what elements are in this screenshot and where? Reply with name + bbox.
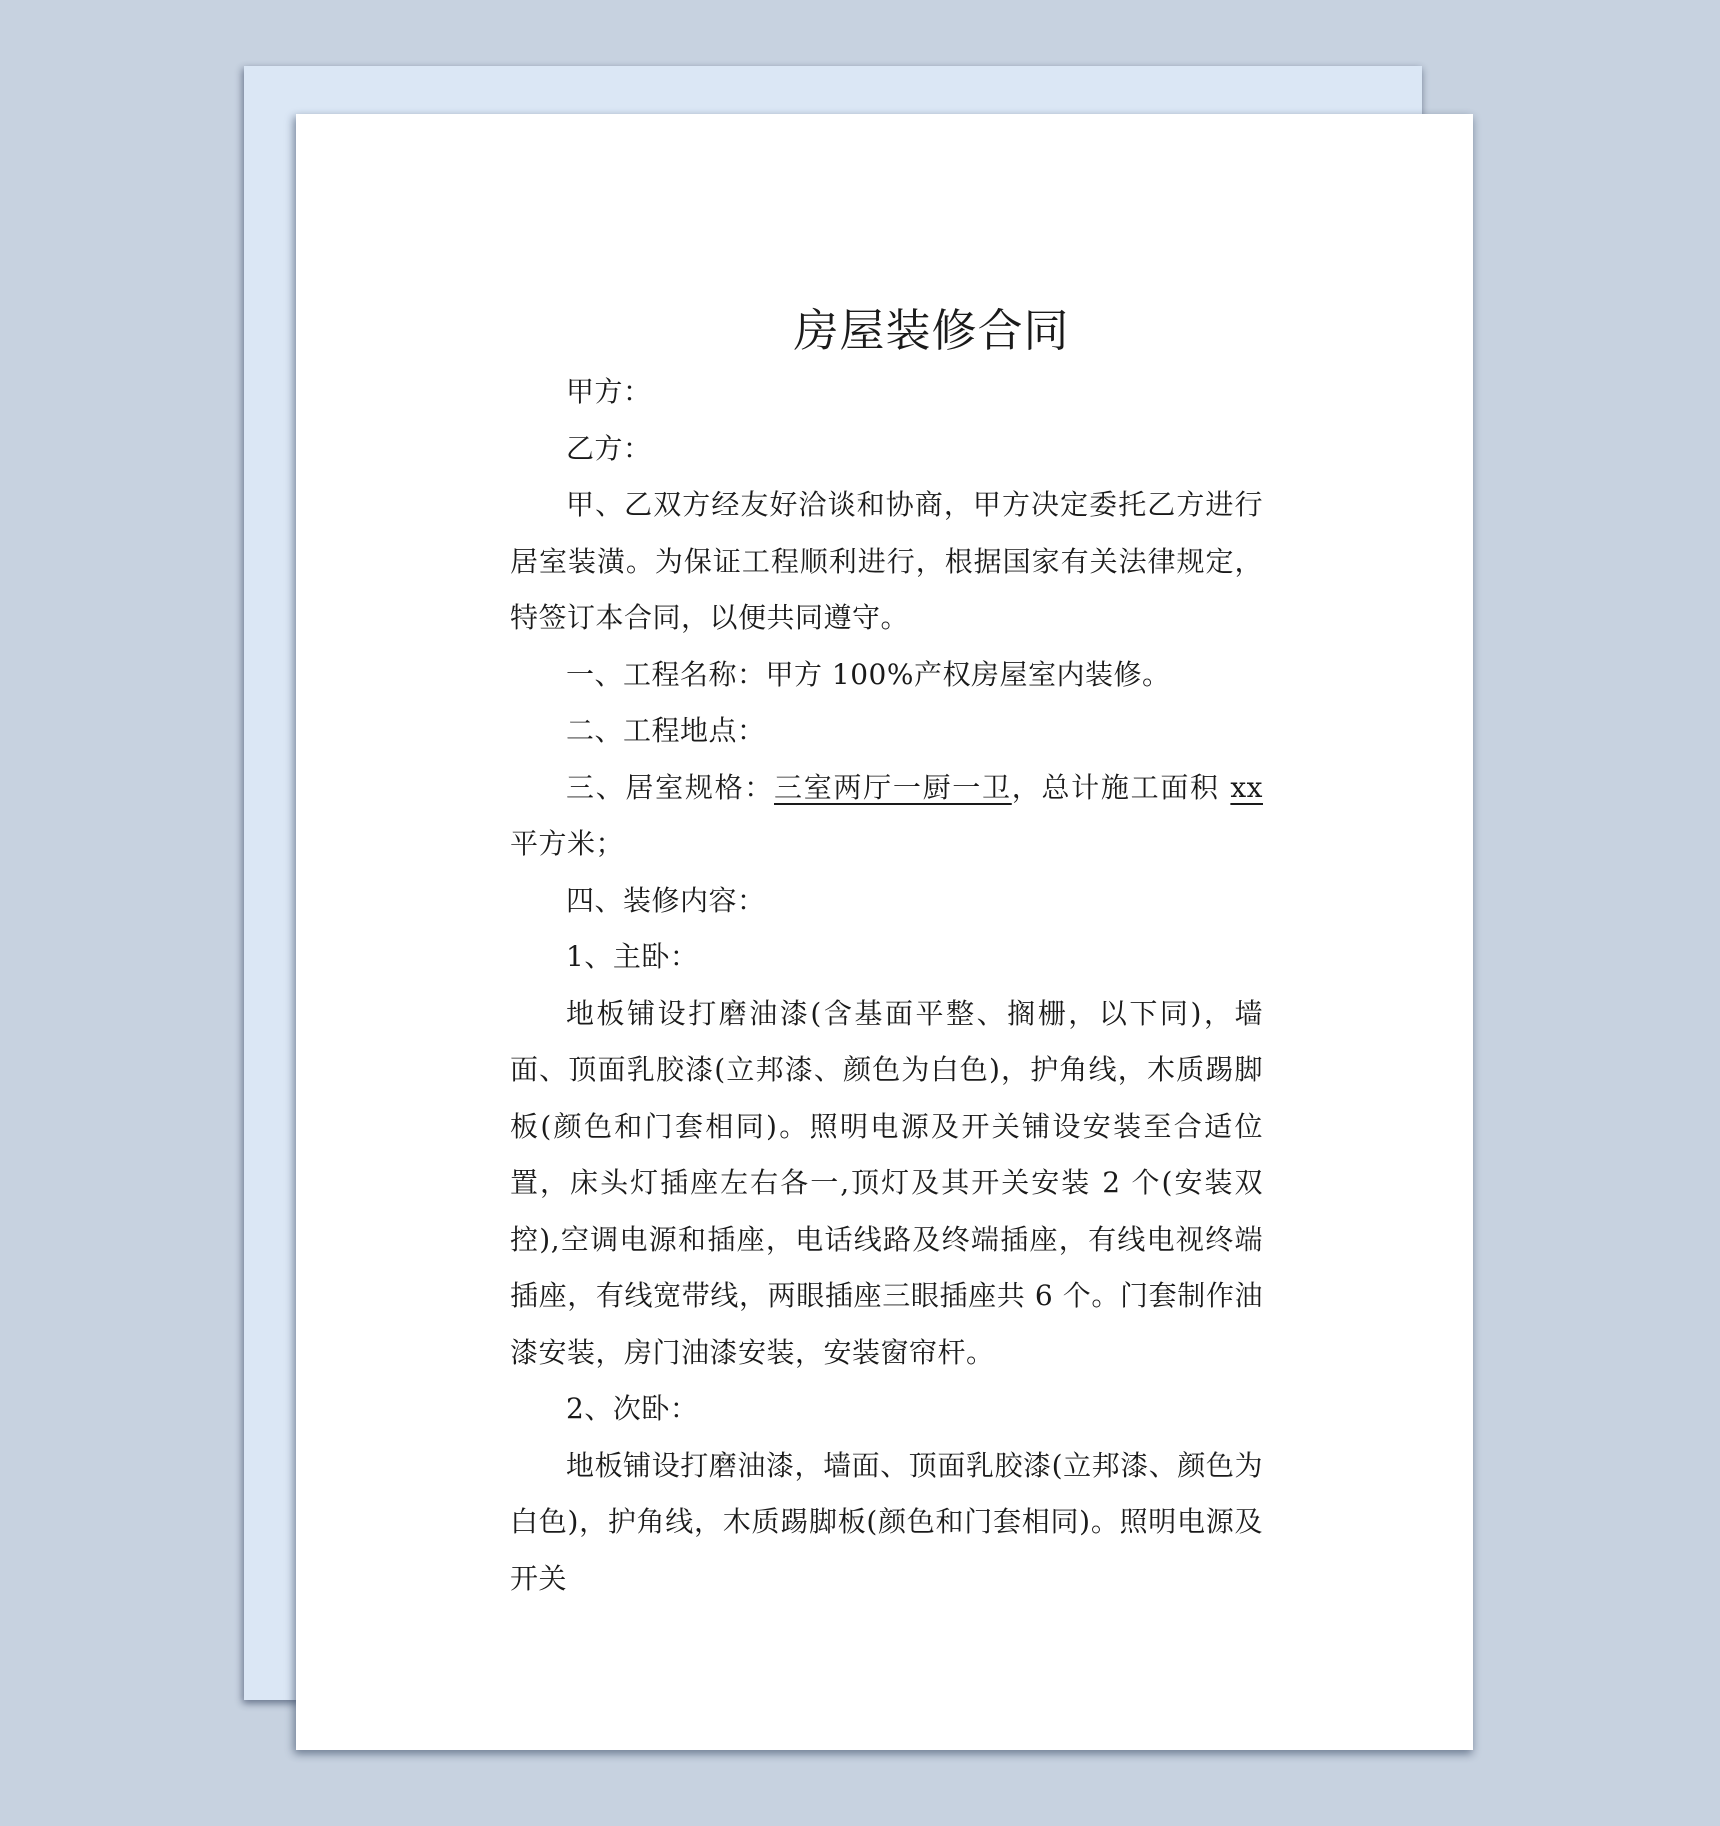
paragraph-text: 平方米； (510, 827, 624, 860)
paragraph: 乙方： (510, 421, 1263, 478)
paragraph-text: 甲方： (566, 375, 652, 408)
paragraph-text: 四、装修内容： (566, 884, 766, 917)
paragraph: 二、工程地点： (510, 703, 1263, 760)
paragraph: 四、装修内容： (510, 873, 1263, 930)
paragraph-text: 地板铺设打磨油漆(含基面平整、搁栅，以下同)，墙面、顶面乳胶漆(立邦漆、颜色为白… (510, 997, 1263, 1369)
paragraph-text: 乙方： (566, 432, 652, 465)
paragraph: 三、居室规格：三室两厅一厨一卫，总计施工面积 xx 平方米； (510, 760, 1263, 873)
paragraph-text: 1、主卧： (566, 940, 698, 973)
paragraph: 2、次卧： (510, 1381, 1263, 1438)
paragraph-text: 二、工程地点： (566, 714, 766, 747)
paragraph: 甲、乙双方经友好洽谈和协商，甲方决定委托乙方进行居室装潢。为保证工程顺利进行，根… (510, 477, 1263, 647)
paragraph-text: 2、次卧： (566, 1392, 698, 1425)
document-paragraphs: 甲方：乙方：甲、乙双方经友好洽谈和协商，甲方决定委托乙方进行居室装潢。为保证工程… (510, 364, 1263, 1607)
paragraph: 地板铺设打磨油漆，墙面、顶面乳胶漆(立邦漆、颜色为白色)，护角线，木质踢脚板(颜… (510, 1438, 1263, 1608)
paragraph-text: ，总计施工面积 (1012, 771, 1231, 804)
document-title: 房屋装修合同 (510, 306, 1263, 356)
paragraph: 甲方： (510, 364, 1263, 421)
paragraph: 地板铺设打磨油漆(含基面平整、搁栅，以下同)，墙面、顶面乳胶漆(立邦漆、颜色为白… (510, 986, 1263, 1382)
underlined-text: 三室两厅一厨一卫 (774, 771, 1012, 804)
paragraph-text: 甲、乙双方经友好洽谈和协商，甲方决定委托乙方进行居室装潢。为保证工程顺利进行，根… (510, 488, 1263, 634)
paragraph: 一、工程名称：甲方 100%产权房屋室内装修。 (510, 647, 1263, 704)
paragraph-text: 一、工程名称：甲方 100%产权房屋室内装修。 (566, 658, 1170, 691)
paragraph: 1、主卧： (510, 929, 1263, 986)
desktop-backdrop: { "colors": { "backdrop": "#c7d2e0", "ba… (0, 0, 1720, 1826)
paragraph-text: 地板铺设打磨油漆，墙面、顶面乳胶漆(立邦漆、颜色为白色)，护角线，木质踢脚板(颜… (510, 1449, 1263, 1595)
underlined-text: xx (1230, 771, 1263, 804)
paragraph-text: 三、居室规格： (566, 771, 774, 804)
document-page: 房屋装修合同 甲方：乙方：甲、乙双方经友好洽谈和协商，甲方决定委托乙方进行居室装… (296, 114, 1473, 1750)
document-content: 房屋装修合同 甲方：乙方：甲、乙双方经友好洽谈和协商，甲方决定委托乙方进行居室装… (510, 114, 1263, 1607)
